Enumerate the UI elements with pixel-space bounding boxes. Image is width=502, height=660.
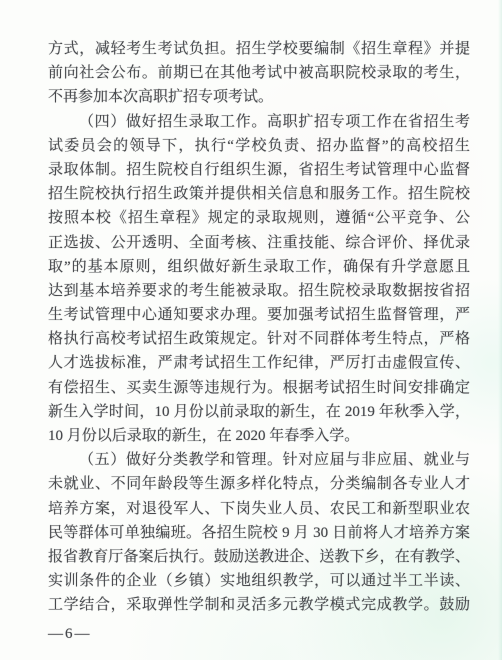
text-line: 工学结合，采取弹性学制和灵活多元教学模式完成教学。鼓励 [48,593,470,617]
text-line: 培养方案，对退役军人、下岗失业人员、农民工和新型职业农 [48,497,470,521]
text-line: 实训条件的企业（乡镇）实地组织教学，可以通过半工半读、 [48,569,470,593]
text-line: 取”的基本原则，组织做好新生录取工作，确保有升学意愿且 [48,255,470,279]
text-line: （四）做好招生录取工作。高职扩招专项工作在省招生考 [48,110,470,134]
text-line: 格执行高校考试招生政策规定。针对不同群体考生特点，严格 [48,327,470,351]
text-line: 试委员会的领导下，执行“学校负责、招办监督”的高校招生 [48,134,470,158]
text-line: （五）做好分类教学和管理。针对应届与非应届、就业与 [48,448,470,472]
page-number: —6— [48,622,92,646]
text-line: 录取体制。招生院校自行组织生源，省招生考试管理中心监督 [48,158,470,182]
text-line: 前向社会公布。前期已在其他考试中被高职院校录取的考生， [48,61,470,85]
document-page: 方式，减轻考生考试负担。招生学校要编制《招生章程》并提前向社会公布。前期已在其他… [0,0,502,660]
text-line: 报省教育厅备案后执行。鼓励送教进企、送教下乡，在有教学、 [48,545,470,569]
text-line: 生考试管理中心通知要求办理。要加强考试招生监督管理，严 [48,303,470,327]
text-line: 人才选拔标准，严肃考试招生工作纪律，严厉打击虚假宣传、 [48,351,470,375]
text-line: 正选拔、公开透明、全面考核、注重技能、综合评价、择优录 [48,231,470,255]
text-line: 民等群体可单独编班。各招生院校 9 月 30 日前将人才培养方案 [48,521,470,545]
text-line: 按照本校《招生章程》规定的录取规则，遵循“公平竞争、公 [48,206,470,230]
text-line: 新生入学时间，10 月份以前录取的新生，在 2019 年秋季入学， [48,400,470,424]
text-line: 招生院校执行招生政策并提供相关信息和服务工作。招生院校 [48,182,470,206]
text-line: 有偿招生、买卖生源等违规行为。根据考试招生时间安排确定 [48,376,470,400]
scan-edge-shadow [498,0,502,660]
text-line: 10 月份以后录取的新生，在 2020 年春季入学。 [48,424,470,448]
text-line: 达到基本培养要求的考生能被录取。招生院校录取数据按省招 [48,279,470,303]
text-line: 不再参加本次高职扩招专项考试。 [48,85,470,109]
text-block: 方式，减轻考生考试负担。招生学校要编制《招生章程》并提前向社会公布。前期已在其他… [48,37,470,618]
text-line: 方式，减轻考生考试负担。招生学校要编制《招生章程》并提 [48,37,470,61]
text-line: 未就业、不同年龄段等生源多样化特点，分类编制各专业人才 [48,472,470,496]
